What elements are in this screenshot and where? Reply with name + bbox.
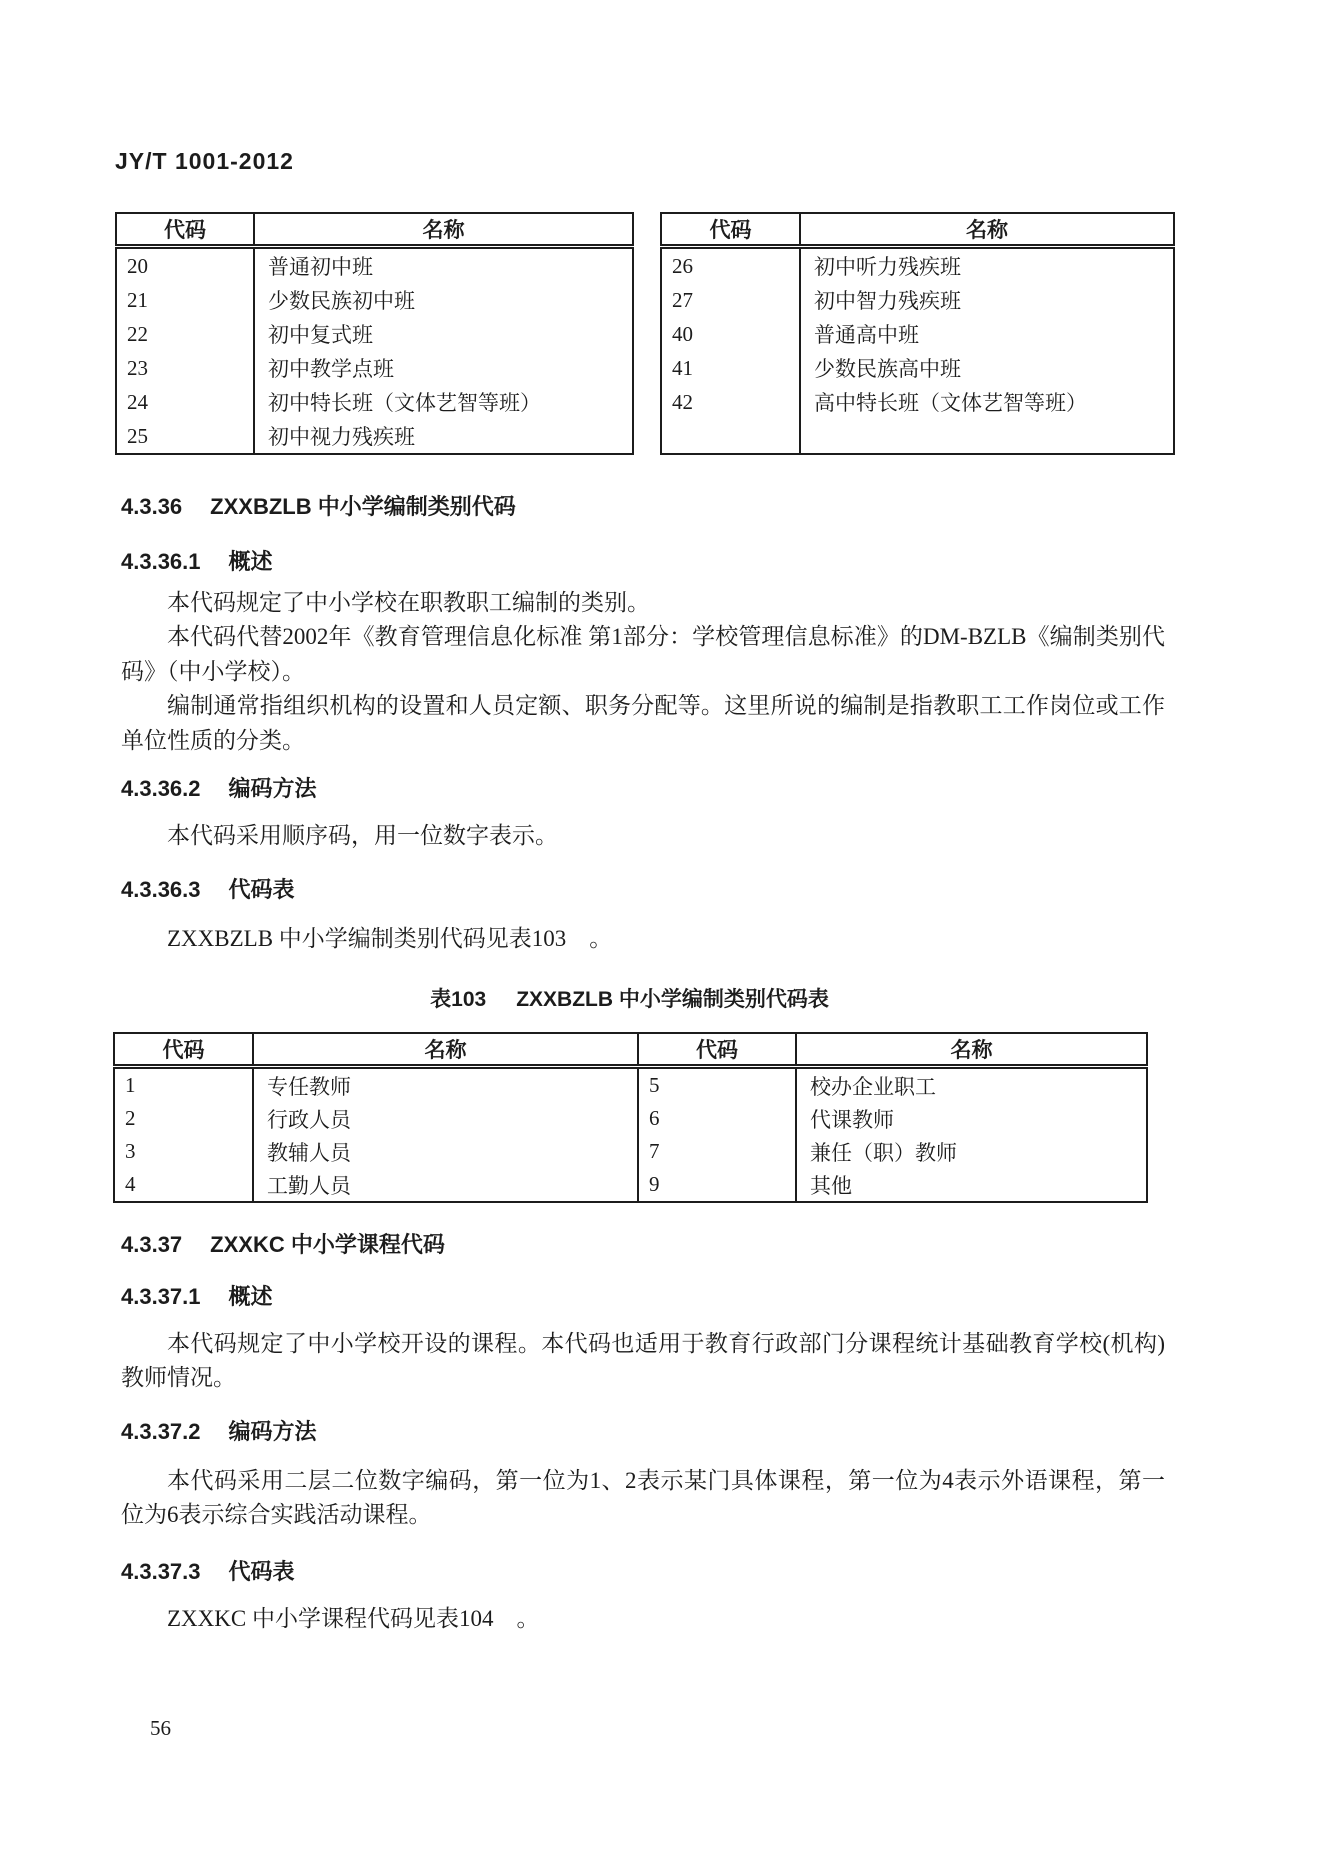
- overview-paragraphs: 本代码规定了中小学校在职教职工编制的类别。 本代码代替2002年《教育管理信息化…: [121, 586, 1165, 758]
- name-cell: 高中特长班（文体艺智等班）: [800, 385, 1174, 419]
- table-row: 21少数民族初中班: [116, 283, 633, 317]
- name-cell: 初中视力残疾班: [254, 419, 633, 454]
- name-cell: 其他: [796, 1168, 1147, 1202]
- code-cell: 3: [114, 1135, 253, 1168]
- column-header: 代码: [116, 213, 254, 247]
- table-row: 40普通高中班: [661, 317, 1174, 351]
- table-row: 3教辅人员7兼任（职）教师: [114, 1135, 1147, 1168]
- body-paragraph: 编制通常指组织机构的设置和人员定额、职务分配等。这里所说的编制是指教职工工作岗位…: [121, 689, 1165, 758]
- name-cell: 专任教师: [253, 1067, 638, 1103]
- table-row: 42高中特长班（文体艺智等班）: [661, 385, 1174, 419]
- section-number: 4.3.36.3: [121, 877, 201, 902]
- name-cell: 普通初中班: [254, 247, 633, 284]
- code-cell: 25: [116, 419, 254, 454]
- table-reference-block: ZXXBZLB 中小学编制类别代码见表103 。: [121, 922, 1165, 956]
- section-number: 4.3.36.1: [121, 549, 201, 574]
- subsection-heading-43372: 4.3.37.2编码方法: [121, 1419, 317, 1445]
- table-row: 1专任教师5校办企业职工: [114, 1067, 1147, 1103]
- column-header: 代码: [638, 1033, 796, 1067]
- section-title: ZXXKC 中小学课程代码: [210, 1232, 445, 1257]
- code-cell: 5: [638, 1067, 796, 1103]
- column-header: 名称: [800, 213, 1174, 247]
- body-paragraph: 本代码代替2002年《教育管理信息化标准 第1部分：学校管理信息标准》的DM-B…: [121, 620, 1165, 689]
- filler-row: [661, 419, 1174, 454]
- name-cell: 普通高中班: [800, 317, 1174, 351]
- table-reference-block: ZXXKC 中小学课程代码见表104 。: [121, 1602, 1165, 1636]
- subsection-heading-43361: 4.3.36.1概述: [121, 549, 273, 575]
- subsection-heading-43373: 4.3.37.3代码表: [121, 1559, 295, 1585]
- body-paragraph: 本代码规定了中小学校开设的课程。本代码也适用于教育行政部门分课程统计基础教育学校…: [121, 1327, 1165, 1396]
- method-paragraph-block: 本代码采用顺序码，用一位数字表示。: [121, 819, 1165, 853]
- table-caption-title: ZXXBZLB 中小学编制类别代码表: [516, 988, 829, 1011]
- section-title: ZXXBZLB 中小学编制类别代码: [210, 494, 516, 519]
- table-row: 20普通初中班: [116, 247, 633, 284]
- table-row: 25初中视力残疾班: [116, 419, 633, 454]
- section-title: 编码方法: [229, 776, 317, 801]
- name-cell: 初中教学点班: [254, 351, 633, 385]
- table-row: 24初中特长班（文体艺智等班）: [116, 385, 633, 419]
- section-title: 概述: [229, 549, 273, 574]
- section-title: 代码表: [229, 1559, 295, 1584]
- table-row: 27初中智力残疾班: [661, 283, 1174, 317]
- code-cell: 22: [116, 317, 254, 351]
- section-number: 4.3.36.2: [121, 776, 201, 801]
- standard-number: JY/T 1001-2012: [115, 148, 294, 175]
- subsection-heading-43362: 4.3.36.2编码方法: [121, 776, 317, 802]
- section-title: 编码方法: [229, 1419, 317, 1444]
- code-cell: 23: [116, 351, 254, 385]
- section-number: 4.3.37: [121, 1232, 182, 1257]
- section-number: 4.3.37.3: [121, 1559, 201, 1584]
- table-row: 23初中教学点班: [116, 351, 633, 385]
- name-cell: 工勤人员: [253, 1168, 638, 1202]
- table-row: 41少数民族高中班: [661, 351, 1174, 385]
- body-paragraph: 本代码采用二层二位数字编码，第一位为1、2表示某门具体课程，第一位为4表示外语课…: [121, 1464, 1165, 1533]
- table-reference: ZXXKC 中小学课程代码见表104 。: [121, 1602, 1165, 1636]
- code-cell: 4: [114, 1168, 253, 1202]
- header-row: 代码名称: [661, 213, 1174, 247]
- name-cell: 行政人员: [253, 1102, 638, 1135]
- table-reference: ZXXBZLB 中小学编制类别代码见表103 。: [121, 922, 1165, 956]
- code-cell: 6: [638, 1102, 796, 1135]
- code-cell: 27: [661, 283, 800, 317]
- section-title: 概述: [229, 1284, 273, 1309]
- subsection-heading-43363: 4.3.36.3代码表: [121, 877, 295, 903]
- column-header: 代码: [661, 213, 800, 247]
- column-header: 名称: [796, 1033, 1147, 1067]
- column-header: 代码: [114, 1033, 253, 1067]
- code-cell: 2: [114, 1102, 253, 1135]
- class-code-table-right: 代码名称 26初中听力残疾班27初中智力残疾班40普通高中班41少数民族高中班4…: [660, 212, 1175, 455]
- table-row: 22初中复式班: [116, 317, 633, 351]
- code-cell: 9: [638, 1168, 796, 1202]
- table-row: 4工勤人员9其他: [114, 1168, 1147, 1202]
- name-cell: 兼任（职）教师: [796, 1135, 1147, 1168]
- table-caption-label: 表103: [430, 988, 486, 1011]
- code-cell: 42: [661, 385, 800, 419]
- name-cell: 初中听力残疾班: [800, 247, 1174, 284]
- table-caption: 表103ZXXBZLB 中小学编制类别代码表: [113, 983, 1146, 1013]
- column-header: 名称: [253, 1033, 638, 1067]
- code-cell: 7: [638, 1135, 796, 1168]
- code-cell: 1: [114, 1067, 253, 1103]
- body-paragraph: 本代码采用顺序码，用一位数字表示。: [121, 819, 1165, 853]
- empty-cell: [800, 419, 1174, 454]
- header-row: 代码名称代码名称: [114, 1033, 1147, 1067]
- overview-paragraph-block: 本代码规定了中小学校开设的课程。本代码也适用于教育行政部门分课程统计基础教育学校…: [121, 1327, 1165, 1396]
- section-heading-4336: 4.3.36ZXXBZLB 中小学编制类别代码: [121, 494, 516, 520]
- section-number: 4.3.37.1: [121, 1284, 201, 1309]
- column-header: 名称: [254, 213, 633, 247]
- code-cell: 26: [661, 247, 800, 284]
- code-cell: 41: [661, 351, 800, 385]
- name-cell: 初中复式班: [254, 317, 633, 351]
- staffing-type-code-table-103: 代码名称代码名称 1专任教师5校办企业职工2行政人员6代课教师3教辅人员7兼任（…: [113, 1032, 1148, 1203]
- section-number: 4.3.37.2: [121, 1419, 201, 1444]
- section-heading-4337: 4.3.37ZXXKC 中小学课程代码: [121, 1232, 445, 1258]
- name-cell: 校办企业职工: [796, 1067, 1147, 1103]
- name-cell: 代课教师: [796, 1102, 1147, 1135]
- code-cell: 40: [661, 317, 800, 351]
- class-code-table-left: 代码名称 20普通初中班21少数民族初中班22初中复式班23初中教学点班24初中…: [115, 212, 634, 455]
- table-row: 2行政人员6代课教师: [114, 1102, 1147, 1135]
- code-cell: 24: [116, 385, 254, 419]
- empty-cell: [661, 419, 800, 454]
- method-paragraph-block: 本代码采用二层二位数字编码，第一位为1、2表示某门具体课程，第一位为4表示外语课…: [121, 1464, 1165, 1533]
- table-row: 26初中听力残疾班: [661, 247, 1174, 284]
- name-cell: 少数民族初中班: [254, 283, 633, 317]
- code-cell: 21: [116, 283, 254, 317]
- header-row: 代码名称: [116, 213, 633, 247]
- page-number: 56: [150, 1716, 171, 1741]
- name-cell: 教辅人员: [253, 1135, 638, 1168]
- section-title: 代码表: [229, 877, 295, 902]
- code-cell: 20: [116, 247, 254, 284]
- body-paragraph: 本代码规定了中小学校在职教职工编制的类别。: [121, 586, 1165, 620]
- name-cell: 初中智力残疾班: [800, 283, 1174, 317]
- name-cell: 初中特长班（文体艺智等班）: [254, 385, 633, 419]
- section-number: 4.3.36: [121, 494, 182, 519]
- name-cell: 少数民族高中班: [800, 351, 1174, 385]
- subsection-heading-43371: 4.3.37.1概述: [121, 1284, 273, 1310]
